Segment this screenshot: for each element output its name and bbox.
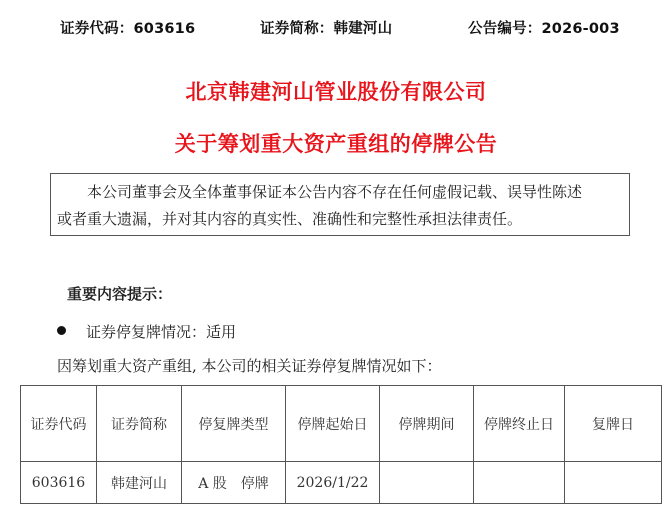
cell-end bbox=[474, 462, 565, 504]
announcement-title: 关于筹划重大资产重组的停牌公告 bbox=[0, 128, 672, 158]
disclaimer-box: 本公司董事会及全体董事保证本公告内容不存在任何虚假记载、误导性陈述 或者重大遗漏… bbox=[50, 173, 630, 236]
announcement-number: 公告编号：2026-003 bbox=[468, 17, 620, 38]
cell-name: 韩建河山 bbox=[97, 462, 182, 504]
company-title: 北京韩建河山管业股份有限公司 bbox=[0, 76, 672, 106]
security-code: 证券代码：603616 bbox=[60, 17, 195, 38]
cell-code: 603616 bbox=[21, 462, 97, 504]
suspension-status: 证券停复牌情况：适用 bbox=[86, 321, 236, 342]
col-header-name: 证券简称 bbox=[97, 386, 182, 462]
cell-period bbox=[380, 462, 474, 504]
col-header-end: 停牌终止日 bbox=[474, 386, 565, 462]
disclaimer-line-2: 或者重大遗漏，并对其内容的真实性、准确性和完整性承担法律责任。 bbox=[57, 209, 625, 229]
cell-type: A 股 停牌 bbox=[182, 462, 286, 504]
bullet-icon bbox=[57, 326, 66, 335]
cell-start: 2026/1/22 bbox=[286, 462, 380, 504]
security-short-name: 证券简称：韩建河山 bbox=[260, 17, 392, 38]
table-row: 603616 韩建河山 A 股 停牌 2026/1/22 bbox=[21, 462, 662, 504]
col-header-type: 停复牌类型 bbox=[182, 386, 286, 462]
col-header-period: 停牌期间 bbox=[380, 386, 474, 462]
col-header-code: 证券代码 bbox=[21, 386, 97, 462]
suspension-table: 证券代码 证券简称 停复牌类型 停牌起始日 停牌期间 停牌终止日 复牌日 603… bbox=[20, 385, 662, 504]
col-header-resume: 复牌日 bbox=[565, 386, 662, 462]
col-header-start: 停牌起始日 bbox=[286, 386, 380, 462]
suspension-intro: 因筹划重大资产重组, 本公司的相关证券停复牌情况如下： bbox=[57, 355, 442, 376]
cell-resume bbox=[565, 462, 662, 504]
disclaimer-line-1: 本公司董事会及全体董事保证本公告内容不存在任何虚假记载、误导性陈述 bbox=[57, 182, 625, 202]
highlights-heading: 重要内容提示： bbox=[67, 283, 172, 304]
table-header-row: 证券代码 证券简称 停复牌类型 停牌起始日 停牌期间 停牌终止日 复牌日 bbox=[21, 386, 662, 462]
